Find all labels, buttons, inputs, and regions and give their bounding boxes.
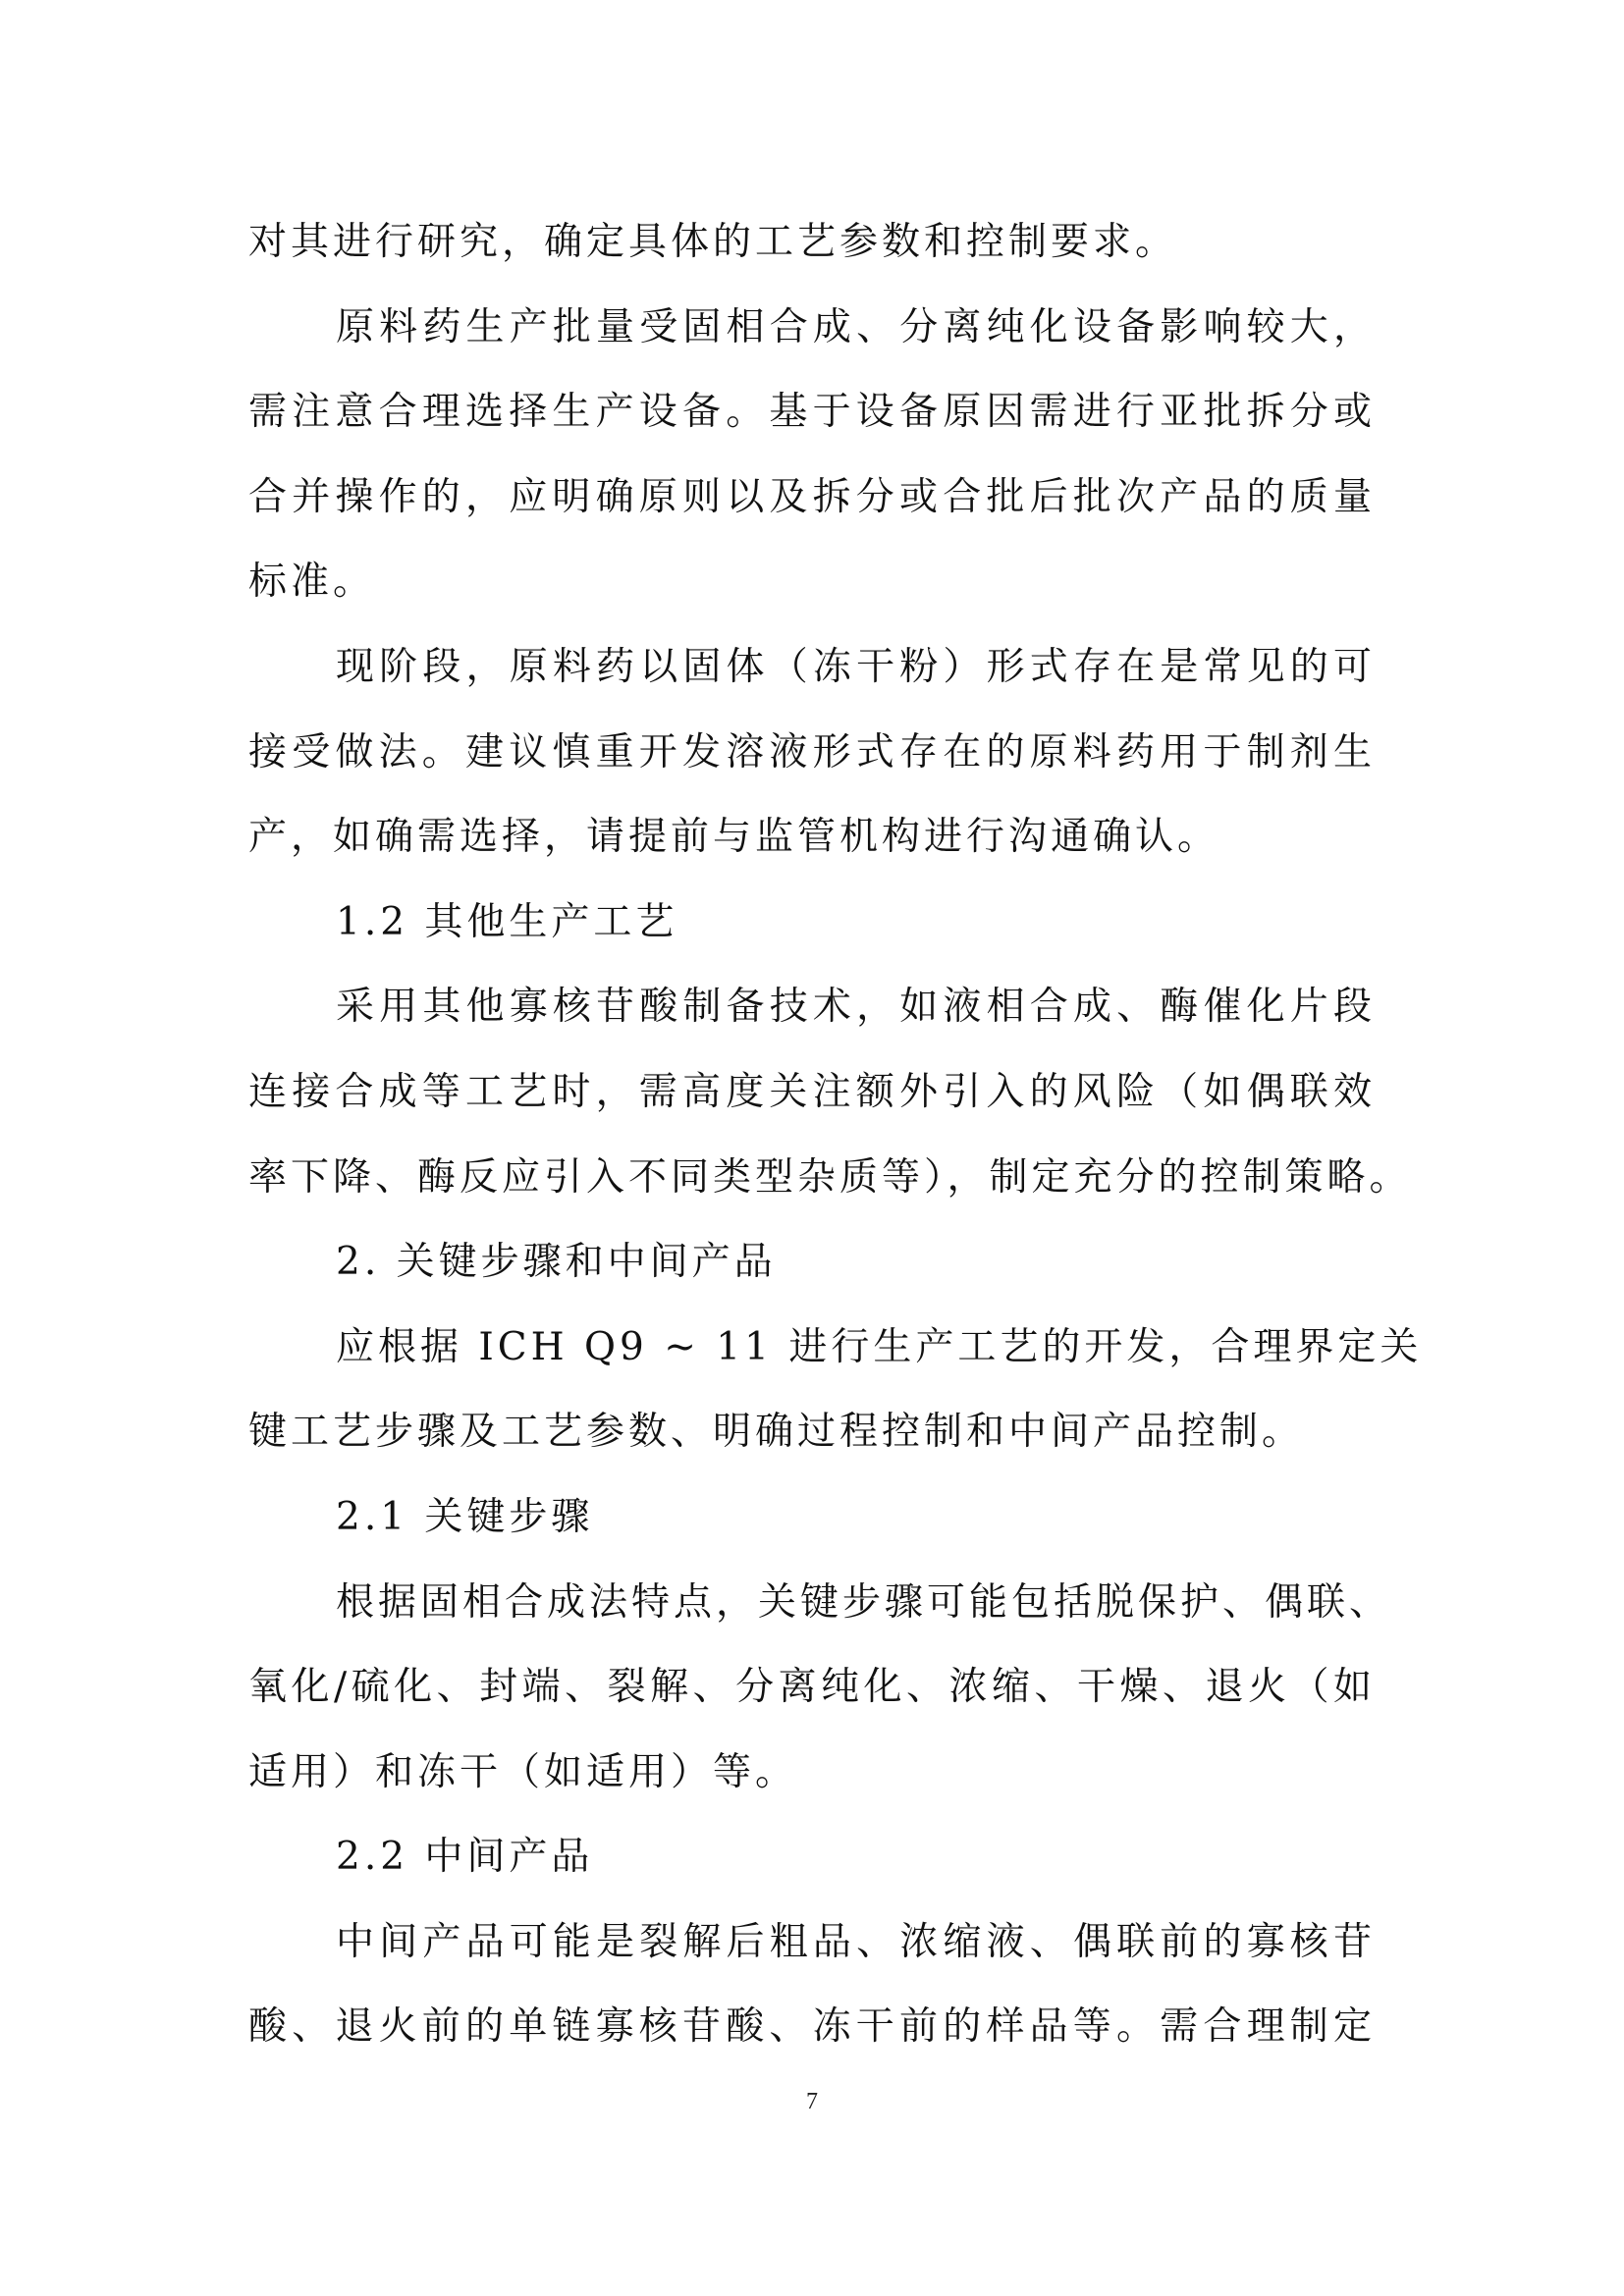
paragraph-start-line: 采用其他寡核苷酸制备技术，如液相合成、酶催化片段 bbox=[248, 965, 1376, 1050]
section-heading-2-2: 2.2 中间产品 bbox=[248, 1815, 1376, 1900]
body-line: 产，如确需选择，请提前与监管机构进行沟通确认。 bbox=[248, 795, 1376, 881]
body-line: 氧化/硫化、封端、裂解、分离纯化、浓缩、干燥、退火（如 bbox=[248, 1645, 1376, 1731]
page-number: 7 bbox=[0, 2089, 1624, 2115]
section-heading-1-2: 1.2 其他生产工艺 bbox=[248, 881, 1376, 966]
paragraph-start-line: 应根据 ICH Q9 ~ 11 进行生产工艺的开发，合理界定关 bbox=[248, 1306, 1376, 1391]
body-line: 对其进行研究，确定具体的工艺参数和控制要求。 bbox=[248, 200, 1376, 286]
body-line: 适用）和冻干（如适用）等。 bbox=[248, 1731, 1376, 1816]
paragraph-start-line: 中间产品可能是裂解后粗品、浓缩液、偶联前的寡核苷 bbox=[248, 1900, 1376, 1986]
paragraph-start-line: 现阶段，原料药以固体（冻干粉）形式存在是常见的可 bbox=[248, 625, 1376, 711]
text-block: 对其进行研究，确定具体的工艺参数和控制要求。 原料药生产批量受固相合成、分离纯化… bbox=[248, 200, 1376, 2070]
body-line: 标准。 bbox=[248, 540, 1376, 625]
paragraph-start-line: 原料药生产批量受固相合成、分离纯化设备影响较大， bbox=[248, 286, 1376, 371]
body-line: 连接合成等工艺时，需高度关注额外引入的风险（如偶联效 bbox=[248, 1050, 1376, 1136]
document-page: 对其进行研究，确定具体的工艺参数和控制要求。 原料药生产批量受固相合成、分离纯化… bbox=[0, 0, 1624, 2296]
paragraph-start-line: 根据固相合成法特点，关键步骤可能包括脱保护、偶联、 bbox=[248, 1561, 1376, 1646]
body-line: 酸、退火前的单链寡核苷酸、冻干前的样品等。需合理制定 bbox=[248, 1985, 1376, 2070]
body-line: 接受做法。建议慎重开发溶液形式存在的原料药用于制剂生 bbox=[248, 711, 1376, 796]
body-line: 键工艺步骤及工艺参数、明确过程控制和中间产品控制。 bbox=[248, 1390, 1376, 1475]
body-line: 率下降、酶反应引入不同类型杂质等），制定充分的控制策略。 bbox=[248, 1136, 1376, 1221]
section-heading-2-1: 2.1 关键步骤 bbox=[248, 1475, 1376, 1561]
body-line: 需注意合理选择生产设备。基于设备原因需进行亚批拆分或 bbox=[248, 370, 1376, 455]
section-heading-2: 2. 关键步骤和中间产品 bbox=[248, 1220, 1376, 1306]
body-line: 合并操作的，应明确原则以及拆分或合批后批次产品的质量 bbox=[248, 455, 1376, 541]
